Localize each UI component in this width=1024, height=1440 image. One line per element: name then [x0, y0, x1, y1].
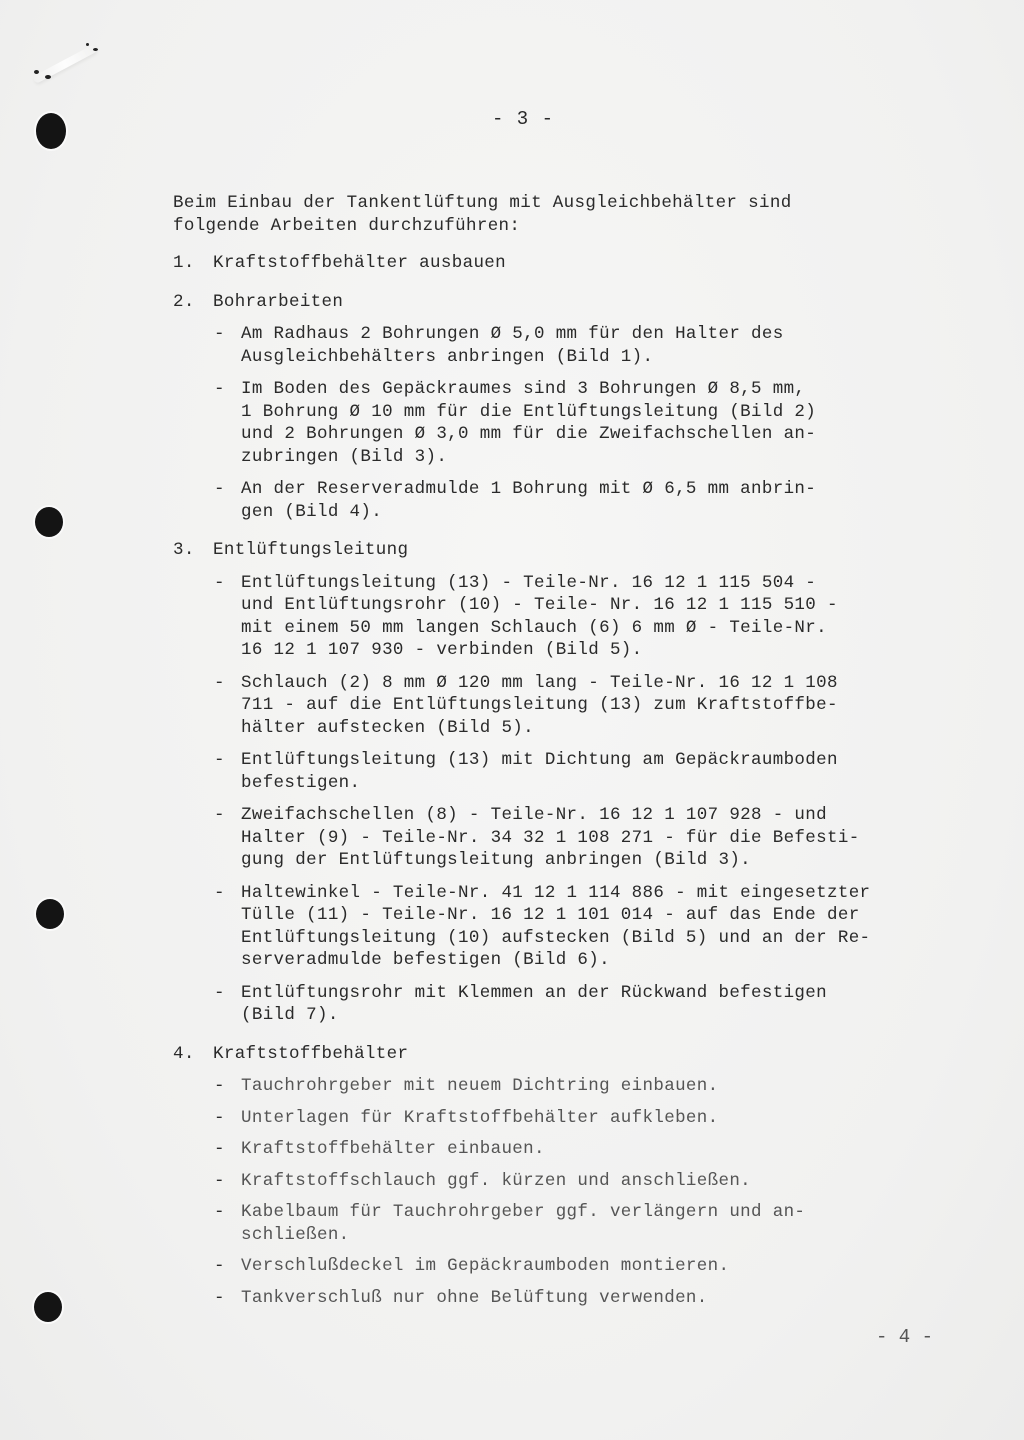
punch-hole: [36, 113, 66, 149]
list-item-text: Entlüftungsleitung (13) - Teile-Nr. 16 1…: [241, 573, 838, 661]
list-item-text: Entlüftungsrohr mit Klemmen an der Rückw…: [241, 983, 827, 1026]
ink-speck: [86, 43, 89, 46]
punch-hole: [34, 1292, 62, 1322]
section-title: Kraftstoffbehälter: [213, 1043, 408, 1066]
list-item-text: Entlüftungsleitung (13) mit Dichtung am …: [241, 750, 838, 793]
step-list: -Entlüftungsleitung (13) - Teile-Nr. 16 …: [173, 572, 993, 1027]
section-number: 2.: [173, 291, 213, 314]
dash-bullet: -: [214, 749, 225, 772]
list-item: -Unterlagen für Kraftstoffbehälter aufkl…: [214, 1107, 993, 1130]
dash-bullet: -: [214, 1107, 225, 1130]
ink-speck: [45, 75, 51, 79]
section-number: 4.: [173, 1043, 213, 1066]
dash-bullet: -: [214, 478, 225, 501]
dash-bullet: -: [214, 323, 225, 346]
list-item-text: Kabelbaum für Tauchrohrgeber ggf. verlän…: [241, 1202, 805, 1245]
dash-bullet: -: [214, 1138, 225, 1161]
list-item-text: Tauchrohrgeber mit neuem Dichtring einba…: [241, 1076, 718, 1096]
section-2: 2.Bohrarbeiten-Am Radhaus 2 Bohrungen Ø …: [173, 291, 993, 524]
paper-crease-mark: [32, 44, 98, 84]
list-item: -Tankverschluß nur ohne Belüftung verwen…: [214, 1287, 993, 1310]
list-item: -Zweifachschellen (8) - Teile-Nr. 16 12 …: [214, 804, 993, 872]
section-heading: 3.Entlüftungsleitung: [173, 539, 993, 562]
dash-bullet: -: [214, 1287, 225, 1310]
list-item-text: Schlauch (2) 8 mm Ø 120 mm lang - Teile-…: [241, 673, 838, 738]
section-1: 1.Kraftstoffbehälter ausbauen: [173, 252, 993, 275]
next-page-indicator: - 4 -: [876, 1326, 933, 1348]
list-item: -Am Radhaus 2 Bohrungen Ø 5,0 mm für den…: [214, 323, 993, 368]
list-item: -Kraftstoffschlauch ggf. kürzen und ansc…: [214, 1170, 993, 1193]
dash-bullet: -: [214, 378, 225, 401]
section-heading: 4.Kraftstoffbehälter: [173, 1043, 993, 1066]
list-item-text: Unterlagen für Kraftstoffbehälter aufkle…: [241, 1108, 718, 1128]
dash-bullet: -: [214, 1075, 225, 1098]
section-heading: 1.Kraftstoffbehälter ausbauen: [173, 252, 993, 275]
punch-hole: [35, 507, 63, 537]
document-body: Beim Einbau der Tankentlüftung mit Ausgl…: [173, 192, 993, 1325]
dash-bullet: -: [214, 804, 225, 827]
list-item-text: Tankverschluß nur ohne Belüftung verwend…: [241, 1288, 708, 1308]
list-item: -Entlüftungsleitung (13) mit Dichtung am…: [214, 749, 993, 794]
page-number: - 3 -: [492, 108, 554, 130]
list-item-text: Kraftstoffbehälter einbauen.: [241, 1139, 545, 1159]
intro-paragraph: Beim Einbau der Tankentlüftung mit Ausgl…: [173, 192, 993, 237]
list-item: -Entlüftungsleitung (13) - Teile-Nr. 16 …: [214, 572, 993, 662]
list-item: -Haltewinkel - Teile-Nr. 41 12 1 114 886…: [214, 882, 993, 972]
list-item: -Tauchrohrgeber mit neuem Dichtring einb…: [214, 1075, 993, 1098]
scanned-page: - 3 - Beim Einbau der Tankentlüftung mit…: [0, 0, 1024, 1440]
list-item-text: Am Radhaus 2 Bohrungen Ø 5,0 mm für den …: [241, 324, 784, 367]
list-item: -Entlüftungsrohr mit Klemmen an der Rück…: [214, 982, 993, 1027]
section-title: Bohrarbeiten: [213, 291, 343, 314]
section-title: Kraftstoffbehälter ausbauen: [213, 252, 506, 275]
list-item: -Kabelbaum für Tauchrohrgeber ggf. verlä…: [214, 1201, 993, 1246]
dash-bullet: -: [214, 572, 225, 595]
step-list: -Am Radhaus 2 Bohrungen Ø 5,0 mm für den…: [173, 323, 993, 523]
list-item-text: Kraftstoffschlauch ggf. kürzen und ansch…: [241, 1171, 751, 1191]
ink-speck: [34, 70, 39, 74]
section-3: 3.Entlüftungsleitung-Entlüftungsleitung …: [173, 539, 993, 1027]
section-number: 1.: [173, 252, 213, 275]
section-list: 1.Kraftstoffbehälter ausbauen2.Bohrarbei…: [173, 252, 993, 1309]
dash-bullet: -: [214, 672, 225, 695]
list-item: -An der Reserveradmulde 1 Bohrung mit Ø …: [214, 478, 993, 523]
list-item-text: An der Reserveradmulde 1 Bohrung mit Ø 6…: [241, 479, 816, 522]
punch-hole: [36, 899, 64, 929]
dash-bullet: -: [214, 1255, 225, 1278]
list-item: -Kraftstoffbehälter einbauen.: [214, 1138, 993, 1161]
list-item: -Schlauch (2) 8 mm Ø 120 mm lang - Teile…: [214, 672, 993, 740]
section-number: 3.: [173, 539, 213, 562]
section-title: Entlüftungsleitung: [213, 539, 408, 562]
dash-bullet: -: [214, 882, 225, 905]
section-heading: 2.Bohrarbeiten: [173, 291, 993, 314]
list-item: -Im Boden des Gepäckraumes sind 3 Bohrun…: [214, 378, 993, 468]
list-item: -Verschlußdeckel im Gepäckraumboden mont…: [214, 1255, 993, 1278]
list-item-text: Im Boden des Gepäckraumes sind 3 Bohrung…: [241, 379, 816, 467]
step-list: -Tauchrohrgeber mit neuem Dichtring einb…: [173, 1075, 993, 1309]
list-item-text: Verschlußdeckel im Gepäckraumboden monti…: [241, 1256, 729, 1276]
dash-bullet: -: [214, 1170, 225, 1193]
list-item-text: Haltewinkel - Teile-Nr. 41 12 1 114 886 …: [241, 883, 870, 971]
section-4: 4.Kraftstoffbehälter-Tauchrohrgeber mit …: [173, 1043, 993, 1310]
list-item-text: Zweifachschellen (8) - Teile-Nr. 16 12 1…: [241, 805, 860, 870]
ink-speck: [93, 48, 98, 51]
dash-bullet: -: [214, 1201, 225, 1224]
dash-bullet: -: [214, 982, 225, 1005]
